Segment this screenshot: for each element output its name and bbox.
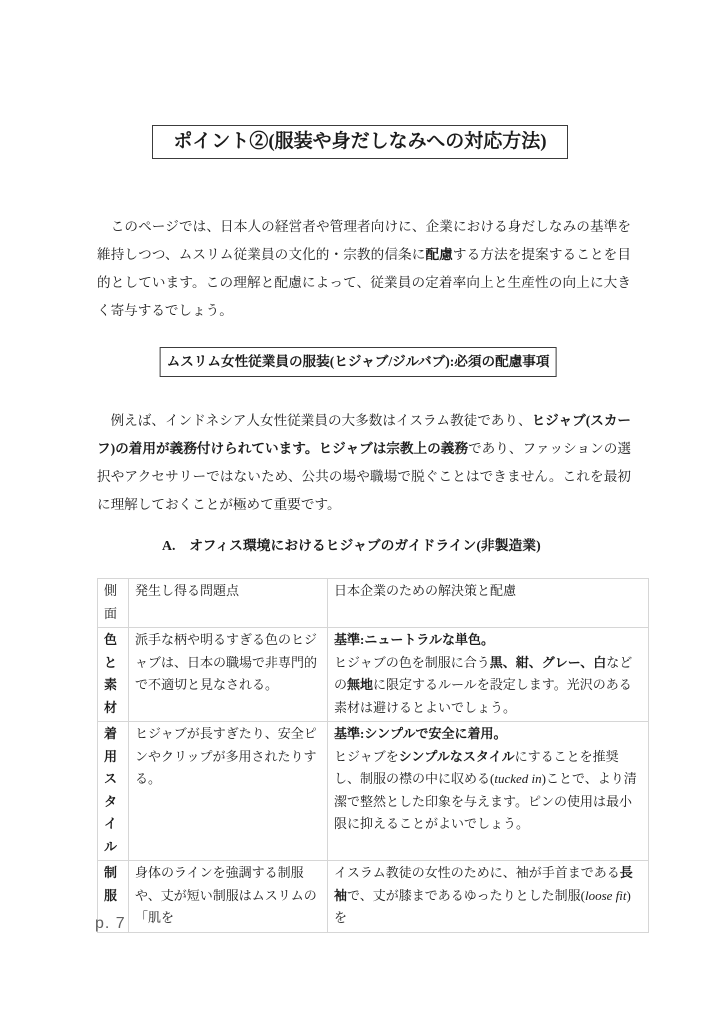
text-run: シンプルなスタイル [399, 749, 515, 764]
text-run: 黒、紺、グレー、白 [490, 655, 606, 670]
text-run: ヒジャブの色を制服に合う [334, 655, 490, 670]
intro-paragraph: このページでは、日本人の経営者や管理者向けに、企業における身だしなみの基準を維持… [97, 213, 631, 325]
table-row-wearing-style: 着用スタイル ヒジャブが長すぎたり、安全ピンやクリップが多用されたりする。 基準… [98, 722, 649, 861]
document-page: ポイント②(服装や身だしなみへの対応方法) このページでは、日本人の経営者や管理… [0, 0, 724, 1024]
text-run: 配慮 [425, 247, 452, 262]
cell-problem: ヒジャブが長すぎたり、安全ピンやクリップが多用されたりする。 [129, 722, 328, 861]
section-heading-box: ムスリム女性従業員の服装(ヒジャブ/ジルバブ):必須の配慮事項 [160, 347, 557, 377]
section-heading: ムスリム女性従業員の服装(ヒジャブ/ジルバブ):必須の配慮事項 [167, 354, 550, 369]
text-run: 無地 [347, 677, 373, 692]
column-header-solution: 日本企業のための解決策と配慮 [328, 579, 649, 628]
cell-aspect: 色と素材 [98, 628, 129, 722]
example-paragraph: 例えば、インドネシア人女性従業員の大多数はイスラム教徒であり、ヒジャブ(スカーフ… [97, 407, 631, 519]
table-header-row: 側面 発生し得る問題点 日本企業のための解決策と配慮 [98, 579, 649, 628]
hijab-guidelines-table: 側面 発生し得る問題点 日本企業のための解決策と配慮 色と素材 派手な柄や明るす… [97, 578, 649, 933]
text-run: 基準:シンプルで安全に着用。 [334, 726, 506, 741]
page-title-box: ポイント②(服装や身だしなみへの対応方法) [152, 125, 568, 159]
cell-aspect: 着用スタイル [98, 722, 129, 861]
cell-problem: 身体のラインを強調する制服や、丈が短い制服はムスリムの「肌を [129, 861, 328, 933]
text-run: tucked in [494, 771, 541, 786]
cell-problem: 派手な柄や明るすぎる色のヒジャブは、日本の職場で非専門的で不適切と見なされる。 [129, 628, 328, 722]
text-run: ヒジャブを [334, 749, 399, 764]
cell-solution: イスラム教徒の女性のために、袖が手首まである長袖で、丈が膝まであるゆったりとした… [328, 861, 649, 933]
subsection-a-heading: A. オフィス環境におけるヒジャブのガイドライン(非製造業) [162, 534, 541, 558]
text-run: loose fit [585, 888, 627, 903]
text-run: ヒジャブが長すぎたり、安全ピンやクリップが多用されたりする。 [135, 726, 317, 786]
text-run: に限定するルールを設定します。光沢のある素材は避けるとよいでしょう。 [334, 677, 632, 715]
cell-solution: 基準:シンプルで安全に着用。ヒジャブをシンプルなスタイルにすることを推奨し、制服… [328, 722, 649, 861]
text-run: 例えば、インドネシア人女性従業員の大多数はイスラム教徒であり、 [97, 413, 532, 428]
text-run: 基準:ニュートラルな単色。 [334, 632, 494, 647]
page-title: ポイント②(服装や身だしなみへの対応方法) [173, 131, 546, 152]
page-number: p. 7 [95, 915, 126, 933]
table-row-color-material: 色と素材 派手な柄や明るすぎる色のヒジャブは、日本の職場で非専門的で不適切と見な… [98, 628, 649, 722]
text-run: で、丈が膝まであるゆったりとした制服( [347, 888, 585, 903]
table-row-uniform: 制服 身体のラインを強調する制服や、丈が短い制服はムスリムの「肌を イスラム教徒… [98, 861, 649, 933]
cell-solution: 基準:ニュートラルな単色。ヒジャブの色を制服に合う黒、紺、グレー、白などの無地に… [328, 628, 649, 722]
column-header-aspect: 側面 [98, 579, 129, 628]
text-run: 派手な柄や明るすぎる色のヒジャブは、日本の職場で非専門的で不適切と見なされる。 [135, 632, 317, 692]
text-run: 身体のラインを強調する制服や、丈が短い制服はムスリムの「肌を [135, 865, 317, 925]
text-run: イスラム教徒の女性のために、袖が手首まである [334, 865, 620, 880]
column-header-problem: 発生し得る問題点 [129, 579, 328, 628]
